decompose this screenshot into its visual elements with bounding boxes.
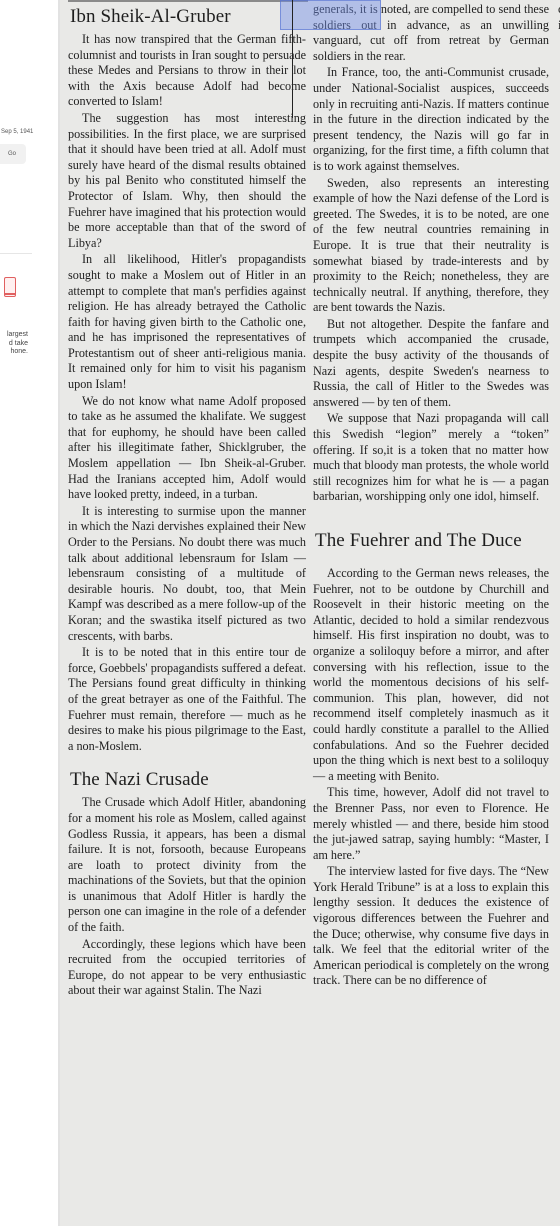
text-cursor-line (292, 0, 293, 118)
issue-date-label: e Sep 5, 1941 (0, 129, 33, 135)
phone-icon (4, 277, 16, 297)
article-column-right: generals, it is noted, are compelled to … (313, 2, 549, 990)
article-paragraph: The Crusade which Adolf Hitler, abandoni… (68, 795, 306, 935)
article-paragraph: The suggestion has most interesting poss… (68, 111, 306, 251)
article-paragraph: This time, however, Adolf did not travel… (313, 785, 549, 863)
article-paragraph: The interview lasted for five days. The … (313, 864, 549, 989)
sidebar-divider (0, 253, 32, 254)
go-button[interactable]: Go (0, 144, 26, 164)
newspaper-page-viewer[interactable]: Ibn Sheik-Al-Gruber It has now transpire… (60, 0, 560, 1226)
article-paragraph: Accordingly, these legions which have be… (68, 937, 306, 999)
text-selection-rectangle[interactable] (280, 0, 381, 30)
headline-fuehrer-duce: The Fuehrer and The Duce (315, 530, 549, 552)
article-paragraph: We do not know what name Adolf proposed … (68, 394, 306, 503)
headline-nazi-crusade: The Nazi Crusade (70, 769, 306, 791)
article-paragraph: It is interesting to surmise upon the ma… (68, 504, 306, 644)
article-paragraph: It is to be noted that in this entire to… (68, 645, 306, 754)
article-paragraph: We suppose that Nazi propaganda will cal… (313, 411, 549, 505)
article-paragraph: According to the German news releases, t… (313, 566, 549, 784)
promo-line: d take (0, 340, 28, 349)
headline-ibn-sheik: Ibn Sheik-Al-Gruber (70, 6, 306, 28)
article-paragraph: In all likelihood, Hitler's propagandist… (68, 252, 306, 392)
viewer-sidebar: e Sep 5, 1941 Go largest d take hone. (0, 0, 58, 1226)
article-paragraph: In France, too, the anti-Communist crusa… (313, 65, 549, 174)
article-paragraph: Sweden, also represents an interesting e… (313, 176, 549, 316)
promo-line: hone. (0, 348, 28, 357)
promo-text: largest d take hone. (0, 331, 28, 357)
article-column-left: Ibn Sheik-Al-Gruber It has now transpire… (68, 2, 306, 1000)
article-paragraph: It has now transpired that the German fi… (68, 32, 306, 110)
promo-line: largest (0, 331, 28, 340)
article-paragraph: But not altogether. Despite the fanfare … (313, 317, 549, 411)
